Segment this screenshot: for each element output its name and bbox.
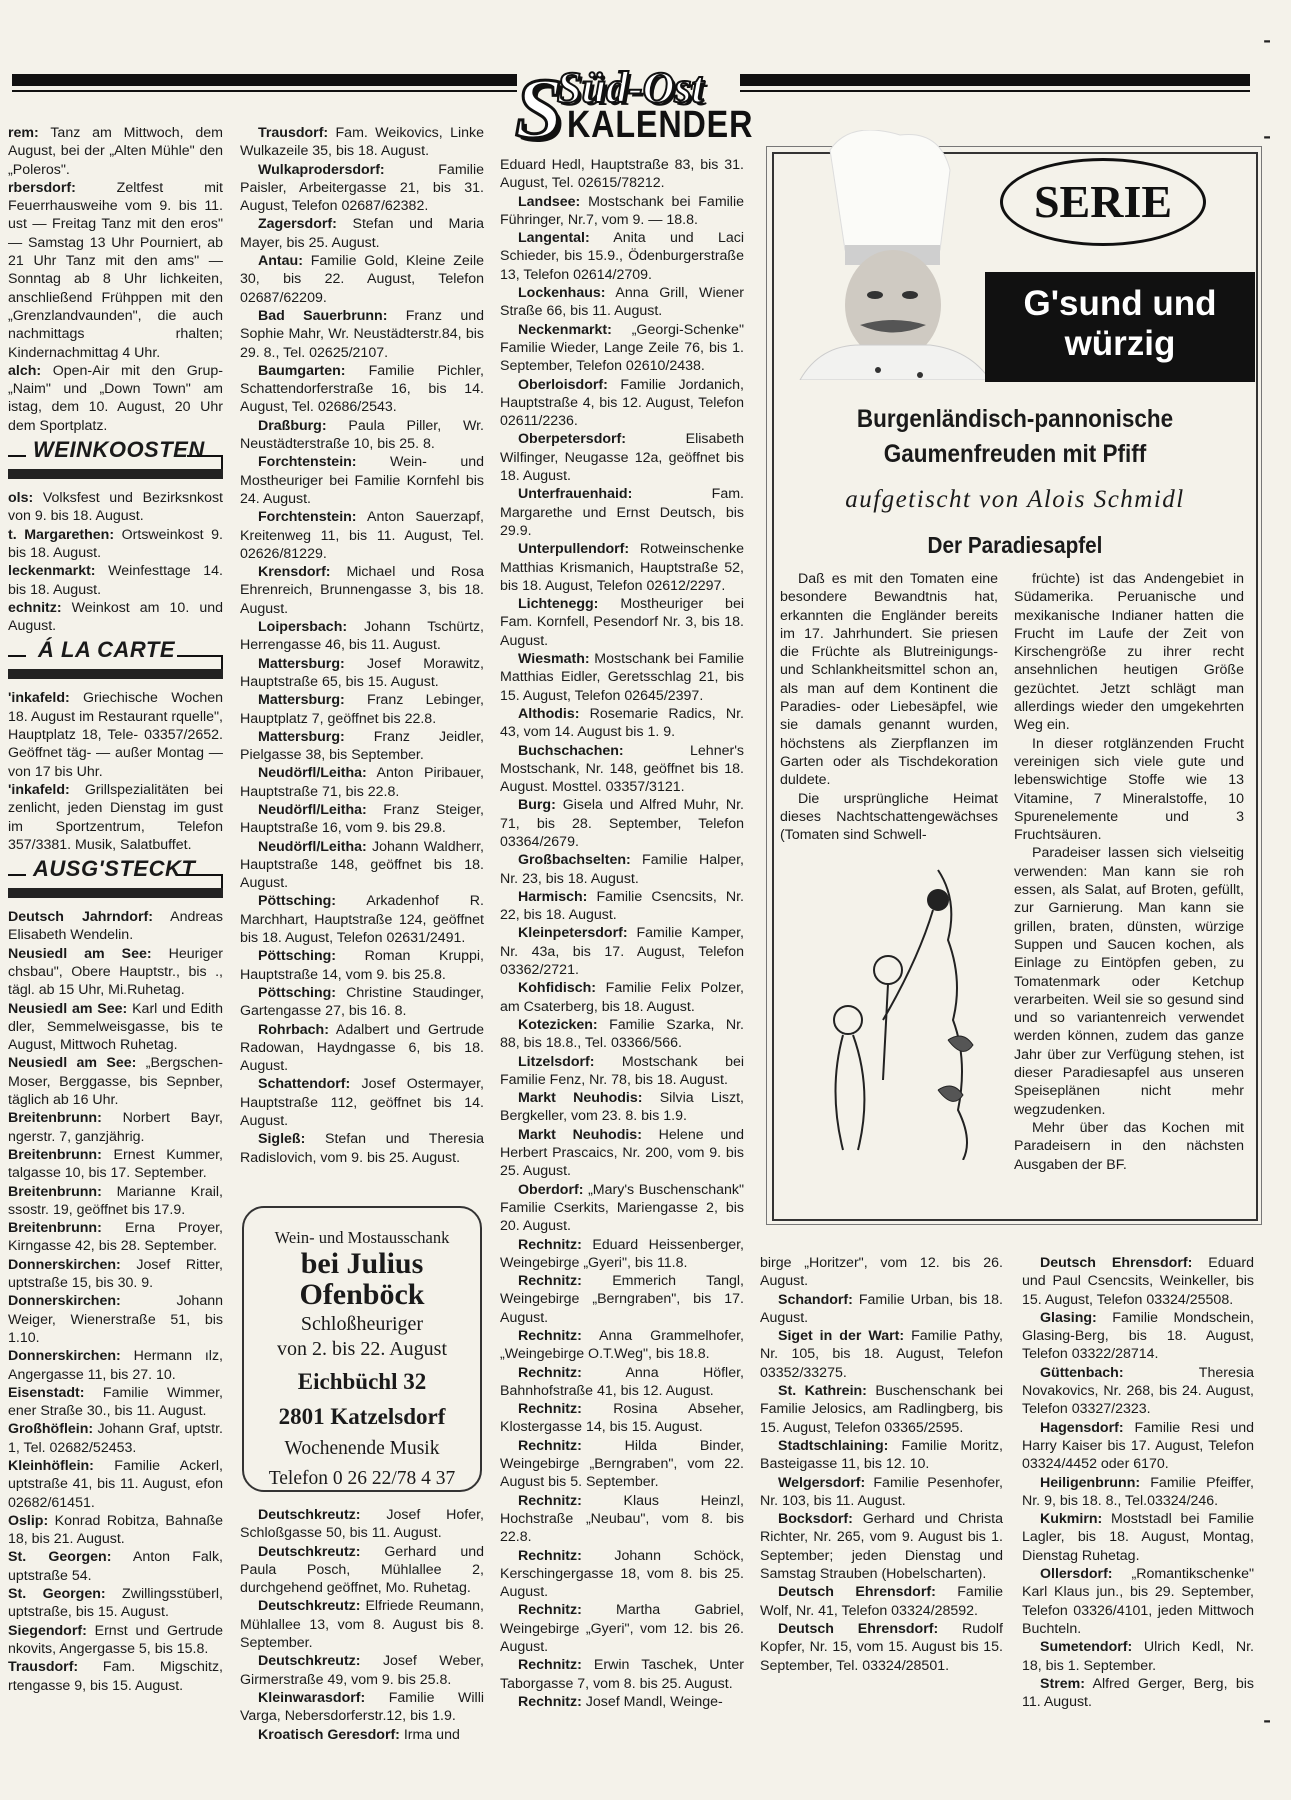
listing-entry: Hagensdorf: Familie Resi und Harry Kaise…: [1022, 1419, 1254, 1474]
listing-entry: Rechnitz: Emmerich Tangl, Weingebirge „B…: [500, 1272, 744, 1327]
listing-entry: Lockenhaus: Anna Grill, Wiener Straße 66…: [500, 284, 744, 321]
place-name: Pöttsching:: [258, 893, 336, 909]
listing-entry: rbersdorf: Zeltfest mit Feuerrhausweihe …: [8, 179, 223, 362]
place-name: Eisenstadt:: [8, 1385, 84, 1401]
listing-entry: Heiligenbrunn: Familie Pfeiffer, Nr. 9, …: [1022, 1474, 1254, 1511]
listing-entry: Deutschkreutz: Elfriede Reumann, Mühlall…: [240, 1597, 484, 1652]
listing-entry: Deutschkreutz: Gerhard und Paula Posch, …: [240, 1543, 484, 1598]
listing-entry: Neudörfl/Leitha: Anton Piribauer, Haupts…: [240, 764, 484, 801]
place-name: alch:: [8, 363, 41, 379]
listing-entry: Buchschachen: Lehner's Mostschank, Nr. 1…: [500, 742, 744, 797]
lead-text: birge „Horitzer", vom 12. bis 26. August…: [760, 1254, 1003, 1291]
listing-entry: Mattersburg: Franz Jeidler, Pielgasse 38…: [240, 728, 484, 765]
listing-entry: Donnerskirchen: Josef Ritter, uptstraße …: [8, 1256, 223, 1293]
place-name: Deutschkreutz:: [258, 1544, 361, 1560]
place-name: ols:: [8, 490, 33, 506]
listing-entry: Schattendorf: Josef Ostermayer, Hauptstr…: [240, 1075, 484, 1130]
listing-entry: Oberdorf: „Mary's Buschenschank" Familie…: [500, 1181, 744, 1236]
listing-entry: Lichtenegg: Mostheuriger bei Fam. Kornfe…: [500, 595, 744, 650]
place-name: Harmisch:: [518, 889, 587, 905]
column-5: Deutsch Ehrensdorf: Eduard und Paul Csen…: [1022, 1254, 1254, 1711]
listing-entry: Bocksdorf: Gerhard und Christa Richter, …: [760, 1510, 1003, 1583]
place-name: Deutschkreutz:: [258, 1598, 361, 1614]
article-title: Burgenländisch-pannonische Gaumenfreuden…: [804, 402, 1227, 472]
listing-entry: Litzelsdorf: Mostschank bei Familie Fenz…: [500, 1053, 744, 1090]
ad-phone: Telefon 0 26 22/78 4 37: [244, 1468, 480, 1490]
header-rule-left: [12, 90, 517, 92]
place-name: Neckenmarkt:: [518, 322, 612, 338]
listing-entry: Glasing: Familie Mondschein, Glasing-Ber…: [1022, 1309, 1254, 1364]
listing-entry: Trausdorf: Fam. Migschitz, rtengasse 9, …: [8, 1658, 223, 1695]
ad-name: bei Julius: [244, 1248, 480, 1279]
listing-entry: Eisenstadt: Familie Wimmer, ener Straße …: [8, 1384, 223, 1421]
header-bar-left: [12, 74, 517, 86]
serie-badge: SERIE: [1000, 158, 1206, 246]
place-name: Deutsch Ehrensdorf:: [778, 1584, 936, 1600]
listing-entry: alch: Open-Air mit den Grup- „Naim" und …: [8, 362, 223, 435]
place-name: Lichtenegg:: [518, 596, 598, 612]
place-name: Donnerskirchen:: [8, 1257, 121, 1273]
place-name: Markt Neuhodis:: [518, 1127, 642, 1143]
place-name: Trausdorf:: [258, 125, 328, 141]
header-rule-right: [740, 90, 1250, 92]
place-name: Strem:: [1040, 1676, 1085, 1692]
place-name: Oberdorf:: [518, 1182, 583, 1198]
listing-entry: Großhöflein: Johann Graf, uptstr. 1, Tel…: [8, 1420, 223, 1457]
listing-entry: Mattersburg: Josef Morawitz, Hauptstraße…: [240, 655, 484, 692]
listing-entry: Pöttsching: Christine Staudinger, Garten…: [240, 984, 484, 1021]
place-name: Unterfrauenhaid:: [518, 486, 632, 502]
listing-entry: Burg: Gisela und Alfred Muhr, Nr. 71, bi…: [500, 796, 744, 851]
place-name: Forchtenstein:: [258, 509, 357, 525]
place-name: Siget in der Wart:: [778, 1328, 904, 1344]
place-name: Mattersburg:: [258, 692, 345, 708]
place-name: Rechnitz:: [518, 1328, 582, 1344]
place-name: Bocksdorf:: [778, 1511, 853, 1527]
listing-entry: Deutsch Ehrensdorf: Rudolf Kopfer, Nr. 1…: [760, 1620, 1003, 1675]
place-name: Kleinpetersdorf:: [518, 925, 628, 941]
listing-entry: Sumetendorf: Ulrich Kedl, Nr. 18, bis 1.…: [1022, 1638, 1254, 1675]
listing-entry: 'inkafeld: Griechische Wochen 18. August…: [8, 689, 223, 780]
listing-entry: Deutsch Jahrndorf: Andreas Elisabeth Wen…: [8, 908, 223, 945]
place-name: Neusiedl am See:: [8, 946, 152, 962]
listing-entry: Rechnitz: Klaus Heinzl, Hochstraße „Neub…: [500, 1492, 744, 1547]
article-paragraph: Die ursprüngliche Heimat dieses Nachtsch…: [780, 790, 998, 845]
listing-entry: ols: Volksfest und Bezirksnkost von 9. b…: [8, 489, 223, 526]
place-name: Neusiedl am See:: [8, 1001, 127, 1017]
place-name: Deutsch Jahrndorf:: [8, 909, 153, 925]
listing-entry: echnitz: Weinkost am 10. und August.: [8, 599, 223, 636]
listing-entry: Pöttsching: Arkadenhof R. Marchhart, Hau…: [240, 892, 484, 947]
place-name: rbersdorf:: [8, 180, 76, 196]
article-paragraph: In dieser rotglänzenden Frucht vereinige…: [1014, 735, 1244, 845]
listing-entry: Althodis: Rosemarie Radics, Nr. 43, vom …: [500, 705, 744, 742]
listing-entry: Unterfrauenhaid: Fam. Margarethe und Ern…: [500, 485, 744, 540]
place-name: Burg:: [518, 797, 556, 813]
listing-entry: Rechnitz: Josef Mandl, Weinge-: [500, 1693, 744, 1711]
place-name: St. Georgen:: [8, 1586, 106, 1602]
place-name: Ollersdorf:: [1040, 1566, 1113, 1582]
column-3: Eduard Hedl, Hauptstraße 83, bis 31. Aug…: [500, 156, 744, 1711]
title-line: Gaumenfreuden mit Pfiff: [804, 437, 1227, 472]
place-name: Donnerskirchen:: [8, 1348, 121, 1364]
place-name: Kohfidisch:: [518, 980, 596, 996]
place-name: Lockenhaus:: [518, 285, 606, 301]
listing-entry: Forchtenstein: Anton Sauerzapf, Kreitenw…: [240, 508, 484, 563]
listing-entry: Neusiedl am See: „Bergschen- Moser, Berg…: [8, 1054, 223, 1109]
place-name: St. Kathrein:: [778, 1383, 867, 1399]
entry-text: Josef Mandl, Weinge-: [582, 1694, 723, 1710]
listing-entry: Antau: Familie Gold, Kleine Zeile 30, bi…: [240, 252, 484, 307]
article-paragraph: Daß es mit den Tomaten eine besondere Be…: [780, 570, 998, 790]
article-paragraph: Paradeiser lassen sich vielseitig verwen…: [1014, 844, 1244, 1118]
place-name: Kroatisch Geresdorf:: [258, 1727, 400, 1743]
listing-entry: Rechnitz: Erwin Taschek, Unter Taborgass…: [500, 1656, 744, 1693]
place-name: Rechnitz:: [518, 1438, 582, 1454]
place-name: Donnerskirchen:: [8, 1293, 121, 1309]
listing-entry: Bad Sauerbrunn: Franz und Sophie Mahr, W…: [240, 307, 484, 362]
place-name: Neusiedl am See:: [8, 1055, 136, 1071]
column-2: Trausdorf: Fam. Weikovics, Linke Wulkaze…: [240, 124, 484, 1167]
adam-eve-illustration: [788, 860, 1003, 1160]
place-name: Breitenbrunn:: [8, 1147, 102, 1163]
listing-entry: Deutschkreutz: Josef Weber, Girmerstraße…: [240, 1652, 484, 1689]
chef-photo: [790, 130, 990, 380]
place-name: 'inkafeld:: [8, 782, 70, 798]
listing-entry: Donnerskirchen: Hermann ılz, Angergasse …: [8, 1347, 223, 1384]
place-name: Wulkaprodersdorf:: [258, 162, 385, 178]
listing-entry: t. Margarethen: Ortsweinkost 9. bis 18. …: [8, 526, 223, 563]
section-title: Á LA CARTE: [38, 641, 175, 659]
listing-entry: Rechnitz: Johann Schöck, Kerschingergass…: [500, 1547, 744, 1602]
listing-entry: Rohrbach: Adalbert und Gertrude Radowan,…: [240, 1021, 484, 1076]
listing-entry: Markt Neuhodis: Silvia Liszt, Bergkeller…: [500, 1089, 744, 1126]
edge-mark: ⁃: [1262, 1710, 1272, 1735]
listing-entry: Mattersburg: Franz Lebinger, Hauptplatz …: [240, 691, 484, 728]
sued-ost-kalender-logo: S Süd-Ost KALENDER: [515, 62, 745, 146]
band-line: würzig: [985, 324, 1255, 364]
article-paragraph: Mehr über das Kochen mit Paradeisern in …: [1014, 1119, 1244, 1174]
place-name: Rechnitz:: [518, 1602, 582, 1618]
listing-entry: Rechnitz: Anna Grammelhofer, „Weingebirg…: [500, 1327, 744, 1364]
place-name: Unterpullendorf:: [518, 541, 629, 557]
listing-entry: Großbachselten: Familie Halper, Nr. 23, …: [500, 851, 744, 888]
listing-entry: Oslip: Konrad Robitza, Bahnaße 18, bis 2…: [8, 1512, 223, 1549]
column-1: rem: Tanz am Mittwoch, dem August, bei d…: [8, 124, 223, 1695]
section-header-weinkoosten: WEINKOOSTEN: [8, 445, 223, 479]
listing-entry: Kohfidisch: Familie Felix Polzer, am Csa…: [500, 979, 744, 1016]
listing-entry: Wulkaprodersdorf: Familie Paisler, Arbei…: [240, 161, 484, 216]
place-name: Kleinhöflein:: [8, 1458, 94, 1474]
lead-text: Eduard Hedl, Hauptstraße 83, bis 31. Aug…: [500, 156, 744, 193]
header-bar-right: [740, 74, 1250, 86]
place-name: Schandorf:: [778, 1292, 853, 1308]
place-name: Rohrbach:: [258, 1022, 329, 1038]
ad-line: Schloßheuriger: [244, 1313, 480, 1335]
listing-entry: 'inkafeld: Grillspezialitäten bei zenlic…: [8, 781, 223, 854]
listing-entry: Kotezicken: Familie Szarka, Nr. 88, bis …: [500, 1016, 744, 1053]
listing-entry: Kukmirn: Moststadl bei Familie Lagler, b…: [1022, 1510, 1254, 1565]
listing-entry: Zagersdorf: Stefan und Maria Mayer, bis …: [240, 215, 484, 252]
place-name: Pöttsching:: [258, 948, 336, 964]
place-name: Breitenbrunn:: [8, 1110, 102, 1126]
listing-entry: Siget in der Wart: Familie Pathy, Nr. 10…: [760, 1327, 1003, 1382]
place-name: Rechnitz:: [518, 1237, 582, 1253]
listing-entry: Ollersdorf: „Romantikschenke" Karl Klaus…: [1022, 1565, 1254, 1638]
entry-text: Tanz am Mittwoch, dem August, bei der „A…: [8, 125, 223, 178]
place-name: Markt Neuhodis:: [518, 1090, 642, 1106]
place-name: Buchschachen:: [518, 743, 624, 759]
place-name: Rechnitz:: [518, 1657, 582, 1673]
listing-entry: Neckenmarkt: „Georgi-Schenke" Familie Wi…: [500, 321, 744, 376]
article-column-left: Daß es mit den Tomaten eine besondere Be…: [780, 570, 998, 844]
listing-entry: leckenmarkt: Weinfesttage 14. bis 18. Au…: [8, 562, 223, 599]
ad-name: Ofenböck: [244, 1279, 480, 1310]
listing-entry: Unterpullendorf: Rotweinschenke Matthias…: [500, 540, 744, 595]
section-title: AUSG'STECKT: [33, 860, 195, 878]
place-name: Heiligenbrunn:: [1040, 1475, 1140, 1491]
listing-entry: Kleinwarasdorf: Familie Willi Varga, Neb…: [240, 1689, 484, 1726]
place-name: Güttenbach:: [1040, 1365, 1124, 1381]
place-name: Kleinwarasdorf:: [258, 1690, 365, 1706]
entry-text: Open-Air mit den Grup- „Naim" und „Down …: [8, 363, 223, 434]
listing-entry: Breitenbrunn: Erna Proyer, Kirngasse 42,…: [8, 1219, 223, 1256]
title-line: Burgenländisch-pannonische: [804, 402, 1227, 437]
place-name: echnitz:: [8, 600, 62, 616]
place-name: Rechnitz:: [518, 1401, 582, 1417]
listing-entry: Breitenbrunn: Marianne Krail, ssostr. 19…: [8, 1183, 223, 1220]
listing-entry: Rechnitz: Hilda Binder, Weingebirge „Ber…: [500, 1437, 744, 1492]
place-name: Mattersburg:: [258, 729, 345, 745]
section-header-a-la-carte: Á LA CARTE: [8, 645, 223, 679]
article-byline: aufgetischt von Alois Schmidl: [780, 486, 1250, 514]
listing-entry: Neudörfl/Leitha: Johann Waldherr, Haupts…: [240, 838, 484, 893]
ad-address: 2801 Katzelsdorf: [244, 1403, 480, 1430]
article-paragraph: früchte) ist das Andengebiet in Südameri…: [1014, 570, 1244, 735]
place-name: Krensdorf:: [258, 564, 331, 580]
place-name: Oberloisdorf:: [518, 377, 608, 393]
listing-entry: Siegendorf: Ernst und Gertrude nkovits, …: [8, 1622, 223, 1659]
place-name: Trausdorf:: [8, 1659, 78, 1675]
listing-entry: Rechnitz: Anna Höfler, Bahnhofstraße 41,…: [500, 1364, 744, 1401]
place-name: Rechnitz:: [518, 1273, 582, 1289]
listing-entry: Landsee: Mostschank bei Familie Führinge…: [500, 193, 744, 230]
place-name: Rechnitz:: [518, 1694, 582, 1710]
edge-mark: ⁃: [1262, 30, 1272, 55]
entry-text: Irma und: [400, 1727, 460, 1743]
listing-entry: Markt Neuhodis: Helene und Herbert Prasc…: [500, 1126, 744, 1181]
listing-entry: Güttenbach: Theresia Novakovics, Nr. 268…: [1022, 1364, 1254, 1419]
advertisement-ofenboeck: Wein- und Mostausschank bei Julius Ofenb…: [242, 1206, 482, 1492]
listing-entry: Welgersdorf: Familie Pesenhofer, Nr. 103…: [760, 1474, 1003, 1511]
place-name: t. Margarethen:: [8, 527, 114, 543]
listing-entry: Oberpetersdorf: Elisabeth Wilfinger, Neu…: [500, 430, 744, 485]
band-line: G'sund und: [985, 284, 1255, 324]
place-name: Neudörfl/Leitha:: [258, 839, 367, 855]
listing-entry: Deutsch Ehrensdorf: Eduard und Paul Csen…: [1022, 1254, 1254, 1309]
listing-entry: Draßburg: Paula Piller, Wr. Neustädterst…: [240, 417, 484, 454]
listing-entry: Neusiedl am See: Heuriger chsbau", Obere…: [8, 945, 223, 1000]
listing-entry: St. Kathrein: Buschenschank bei Familie …: [760, 1382, 1003, 1437]
place-name: Rechnitz:: [518, 1493, 582, 1509]
listing-entry: Kleinhöflein: Familie Ackerl, uptstraße …: [8, 1457, 223, 1512]
listing-entry: St. Georgen: Zwillingsstüberl, uptstraße…: [8, 1585, 223, 1622]
listing-entry: Langental: Anita und Laci Schieder, bis …: [500, 229, 744, 284]
place-name: Welgersdorf:: [778, 1475, 865, 1491]
place-name: Baumgarten:: [258, 363, 346, 379]
listing-entry: Deutsch Ehrensdorf: Familie Wolf, Nr. 41…: [760, 1583, 1003, 1620]
listing-entry: Breitenbrunn: Norbert Bayr, ngerstr. 7, …: [8, 1109, 223, 1146]
place-name: Hagensdorf:: [1040, 1420, 1124, 1436]
place-name: Breitenbrunn:: [8, 1220, 102, 1236]
place-name: Siegendorf:: [8, 1623, 87, 1639]
listing-entry: Rechnitz: Martha Gabriel, Weingebirge „G…: [500, 1601, 744, 1656]
place-name: 'inkafeld:: [8, 690, 70, 706]
place-name: Schattendorf:: [258, 1076, 350, 1092]
place-name: Antau:: [258, 253, 303, 269]
listing-entry: Neusiedl am See: Karl und Edith dler, Se…: [8, 1000, 223, 1055]
place-name: Kukmirn:: [1040, 1511, 1102, 1527]
listing-entry: Pöttsching: Roman Kruppi, Hauptstraße 14…: [240, 947, 484, 984]
listing-entry: Neudörfl/Leitha: Franz Steiger, Hauptstr…: [240, 801, 484, 838]
listing-entry: St. Georgen: Anton Falk, uptstraße 54.: [8, 1548, 223, 1585]
place-name: Glasing:: [1040, 1310, 1097, 1326]
listing-entry: Harmisch: Familie Csencsits, Nr. 22, bis…: [500, 888, 744, 925]
listing-entry: Forchtenstein: Wein- und Mostheuriger be…: [240, 453, 484, 508]
place-name: Althodis:: [518, 706, 579, 722]
listing-entry: Wiesmath: Mostschank bei Familie Matthia…: [500, 650, 744, 705]
place-name: leckenmarkt:: [8, 563, 96, 579]
place-name: Deutschkreutz:: [258, 1507, 361, 1523]
place-name: Zagersdorf:: [258, 216, 337, 232]
section-header-ausgsteckt: AUSG'STECKT: [8, 864, 223, 898]
listing-entry: Rechnitz: Eduard Heissenberger, Weingebi…: [500, 1236, 744, 1273]
listing-entry: Sigleß: Stefan und Theresia Radislovich,…: [240, 1130, 484, 1167]
place-name: Neudörfl/Leitha:: [258, 765, 367, 781]
listing-entry: Loipersbach: Johann Tschürtz, Herrengass…: [240, 618, 484, 655]
place-name: Oberpetersdorf:: [518, 431, 626, 447]
article-subtitle: Der Paradiesapfel: [804, 532, 1227, 559]
listing-entry: Oberloisdorf: Familie Jordanich, Hauptst…: [500, 376, 744, 431]
place-name: Kotezicken:: [518, 1017, 598, 1033]
listing-entry: Rechnitz: Rosina Abseher, Klostergasse 1…: [500, 1400, 744, 1437]
place-name: Deutschkreutz:: [258, 1653, 361, 1669]
place-name: Neudörfl/Leitha:: [258, 802, 367, 818]
place-name: Sumetendorf:: [1040, 1639, 1132, 1655]
listing-entry: Kleinpetersdorf: Familie Kamper, Nr. 43a…: [500, 924, 744, 979]
listing-entry: Stadtschlaining: Familie Moritz, Basteig…: [760, 1437, 1003, 1474]
listing-entry: Trausdorf: Fam. Weikovics, Linke Wulkaze…: [240, 124, 484, 161]
listing-entry: Donnerskirchen: Johann Weiger, Wienerstr…: [8, 1292, 223, 1347]
place-name: Rechnitz:: [518, 1548, 582, 1564]
place-name: Großhöflein:: [8, 1421, 93, 1437]
ad-line: Wochenende Musik: [244, 1438, 480, 1460]
place-name: Rechnitz:: [518, 1365, 582, 1381]
logo-initial: S: [515, 68, 563, 148]
place-name: Langental:: [518, 230, 590, 246]
column-4: birge „Horitzer", vom 12. bis 26. August…: [760, 1254, 1003, 1675]
place-name: Deutsch Ehrensdorf:: [778, 1621, 938, 1637]
listing-entry: Deutschkreutz: Josef Hofer, Schloßgasse …: [240, 1506, 484, 1543]
place-name: Oslip:: [8, 1513, 48, 1529]
serie-band: G'sund und würzig: [985, 272, 1255, 382]
listing-entry: Krensdorf: Michael und Rosa Ehrenreich, …: [240, 563, 484, 618]
place-name: Breitenbrunn:: [8, 1184, 102, 1200]
place-name: Draßburg:: [258, 418, 327, 434]
listing-entry: Kroatisch Geresdorf: Irma und: [240, 1726, 484, 1744]
place-name: St. Georgen:: [8, 1549, 111, 1565]
listing-entry: Strem: Alfred Gerger, Berg, bis 11. Augu…: [1022, 1675, 1254, 1712]
column-2-bottom: Deutschkreutz: Josef Hofer, Schloßgasse …: [240, 1506, 484, 1744]
place-name: Stadtschlaining:: [778, 1438, 888, 1454]
place-name: Bad Sauerbrunn:: [258, 308, 387, 324]
listing-entry: Schandorf: Familie Urban, bis 18. August…: [760, 1291, 1003, 1328]
article-column-right: früchte) ist das Andengebiet in Südameri…: [1014, 570, 1244, 1174]
place-name: Mattersburg:: [258, 656, 345, 672]
place-name: Deutsch Ehrensdorf:: [1040, 1255, 1192, 1271]
place-name: rem:: [8, 125, 39, 141]
ad-address: Eichbüchl 32: [244, 1368, 480, 1395]
place-name: Pöttsching:: [258, 985, 336, 1001]
place-name: Landsee:: [518, 194, 580, 210]
entry-text: Volksfest und Bezirksnkost von 9. bis 18…: [8, 490, 223, 524]
place-name: Litzelsdorf:: [518, 1054, 594, 1070]
logo-bottom: KALENDER: [567, 104, 753, 147]
place-name: Sigleß:: [258, 1131, 305, 1147]
edge-mark: ⁃: [1262, 126, 1272, 151]
place-name: Loipersbach:: [258, 619, 347, 635]
listing-entry: Breitenbrunn: Ernest Kummer, talgasse 10…: [8, 1146, 223, 1183]
place-name: Großbachselten:: [518, 852, 631, 868]
ad-line: Wein- und Mostausschank: [244, 1228, 480, 1248]
listing-entry: Baumgarten: Familie Pichler, Schattendor…: [240, 362, 484, 417]
ad-dates: von 2. bis 22. August: [244, 1338, 480, 1360]
listing-entry: rem: Tanz am Mittwoch, dem August, bei d…: [8, 124, 223, 179]
place-name: Forchtenstein:: [258, 454, 357, 470]
section-title: WEINKOOSTEN: [33, 441, 205, 459]
place-name: Wiesmath:: [518, 651, 590, 667]
entry-text: Zeltfest mit Feuerrhausweihe vom 9. bis …: [8, 180, 223, 361]
